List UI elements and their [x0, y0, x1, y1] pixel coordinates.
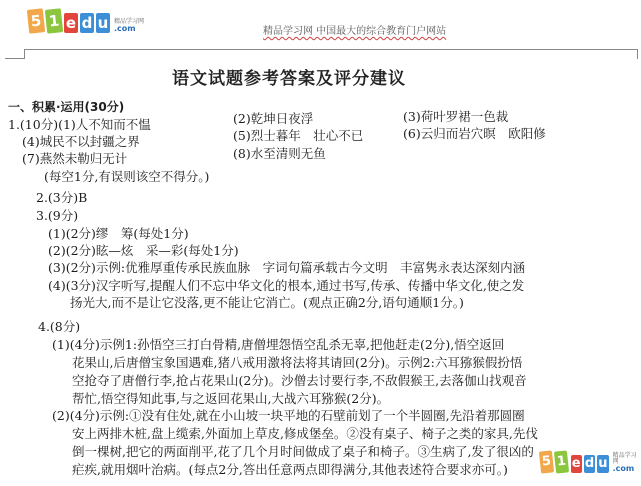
answer-line: 空抢夺了唐僧行李,抢占花果山(2分)。沙僧去讨要行李,不敌假猴王,去落伽山找观音 [72, 372, 527, 390]
answer-item: (4)(3分)汉字听写,提醒人们不忘中华文化的根本,通过书写,传承、传播中华文化… [48, 277, 524, 295]
logo-tile: d [80, 13, 94, 33]
logo-tile: 5 [539, 450, 554, 473]
answer-item: (2)乾坤日夜浮 [233, 110, 313, 128]
header-divider [24, 49, 638, 50]
logo-tile: 5 [27, 8, 45, 34]
document-title: 语文试题参考答案及评分建议 [172, 64, 406, 89]
answer-line: 倒一棵树,把它的两面削平,花了几个月时间做成了桌子和椅子。③生病了,发了很凶的 [72, 443, 534, 461]
answer-item: (2)(2分)眩—炫 采—彩(每处1分) [48, 242, 239, 260]
answer-item: (7)燕然未勒归无计 [22, 150, 127, 168]
question-3-label: 3.(9分) [36, 207, 78, 225]
logo-tile: d [584, 455, 595, 473]
header-divider [5, 58, 24, 59]
answer-item: (8)水至清则无鱼 [233, 145, 326, 163]
logo-tile: u [597, 455, 608, 473]
section-heading: 一、积累·运用(30分) [8, 98, 124, 116]
logo-subtext: 精品学习网 .com [114, 19, 144, 33]
logo-tile: e [64, 13, 78, 33]
answer-item: (4)城民不以封疆之界 [22, 133, 140, 151]
question-2-answer: 2.(3分)B [36, 189, 87, 207]
answer-line: 花果山,后唐僧宝象国遇难,猪八戒用激将法将其请回(2分)。示例2:六耳猕猴假扮悟 [72, 354, 522, 372]
answer-item: (5)烈士暮年 壮心不已 [233, 127, 363, 145]
answer-item: 扬光大,而不是让它没落,更不能让它消亡。(观点正确2分,语句通顺1分。) [70, 294, 464, 312]
logo-tile: e [571, 455, 582, 473]
logo-tile: 1 [554, 450, 569, 473]
footer-logo[interactable]: 5 1 e d u 精品学习网 .com [540, 451, 641, 473]
site-logo[interactable]: 5 1 e d u 精品学习网 .com [28, 9, 144, 33]
answer-item: (3)荷叶罗裙一色裁 [403, 108, 508, 126]
scoring-note: (每空1分,有误则该空不得分。) [44, 168, 209, 186]
answer-item: (3)(2分)示例:优雅厚重传承民族血脉 字词句篇承载古今文明 丰富隽永表达深刻… [48, 259, 525, 277]
answer-line: (2)(4分)示例:①没有住处,就在小山坡一块平地的石壁前划了一个半圆圈,先沿着… [52, 407, 525, 425]
answer-line: 安上两排木桩,盘上缆索,外面加上草皮,修成堡垒。②没有桌子、椅子之类的家具,先伐 [72, 425, 538, 443]
answer-line: 帮忙,悟空得知此事,与之返回花果山,大战六耳猕猴(2分)。 [72, 390, 389, 408]
logo-tile: u [96, 13, 110, 33]
question-4-label: 4.(8分) [38, 318, 80, 336]
site-slogan-link[interactable]: 精品学习网 中国最大的综合教育门户网站 [263, 22, 446, 37]
answer-item: (1)(2分)缪 筹(每处1分) [48, 225, 189, 243]
answer-item: (6)云归而岩穴暝 欧阳修 [403, 125, 546, 143]
question-1-label: 1.(10分)(1)人不知而不愠 [8, 116, 151, 134]
answer-line: (1)(4分)示例1:孙悟空三打白骨精,唐僧埋怨悟空乱杀无辜,把他赶走(2分),… [52, 336, 504, 354]
header-divider [24, 49, 25, 59]
header-divider [637, 49, 638, 59]
logo-subtext: 精品学习网 .com [613, 453, 641, 473]
answer-line: 疟疾,就用烟叶治病。(每点2分,答出任意两点即得满分,其他表述符合要求亦可。) [72, 461, 508, 479]
logo-tile: 1 [45, 8, 63, 34]
